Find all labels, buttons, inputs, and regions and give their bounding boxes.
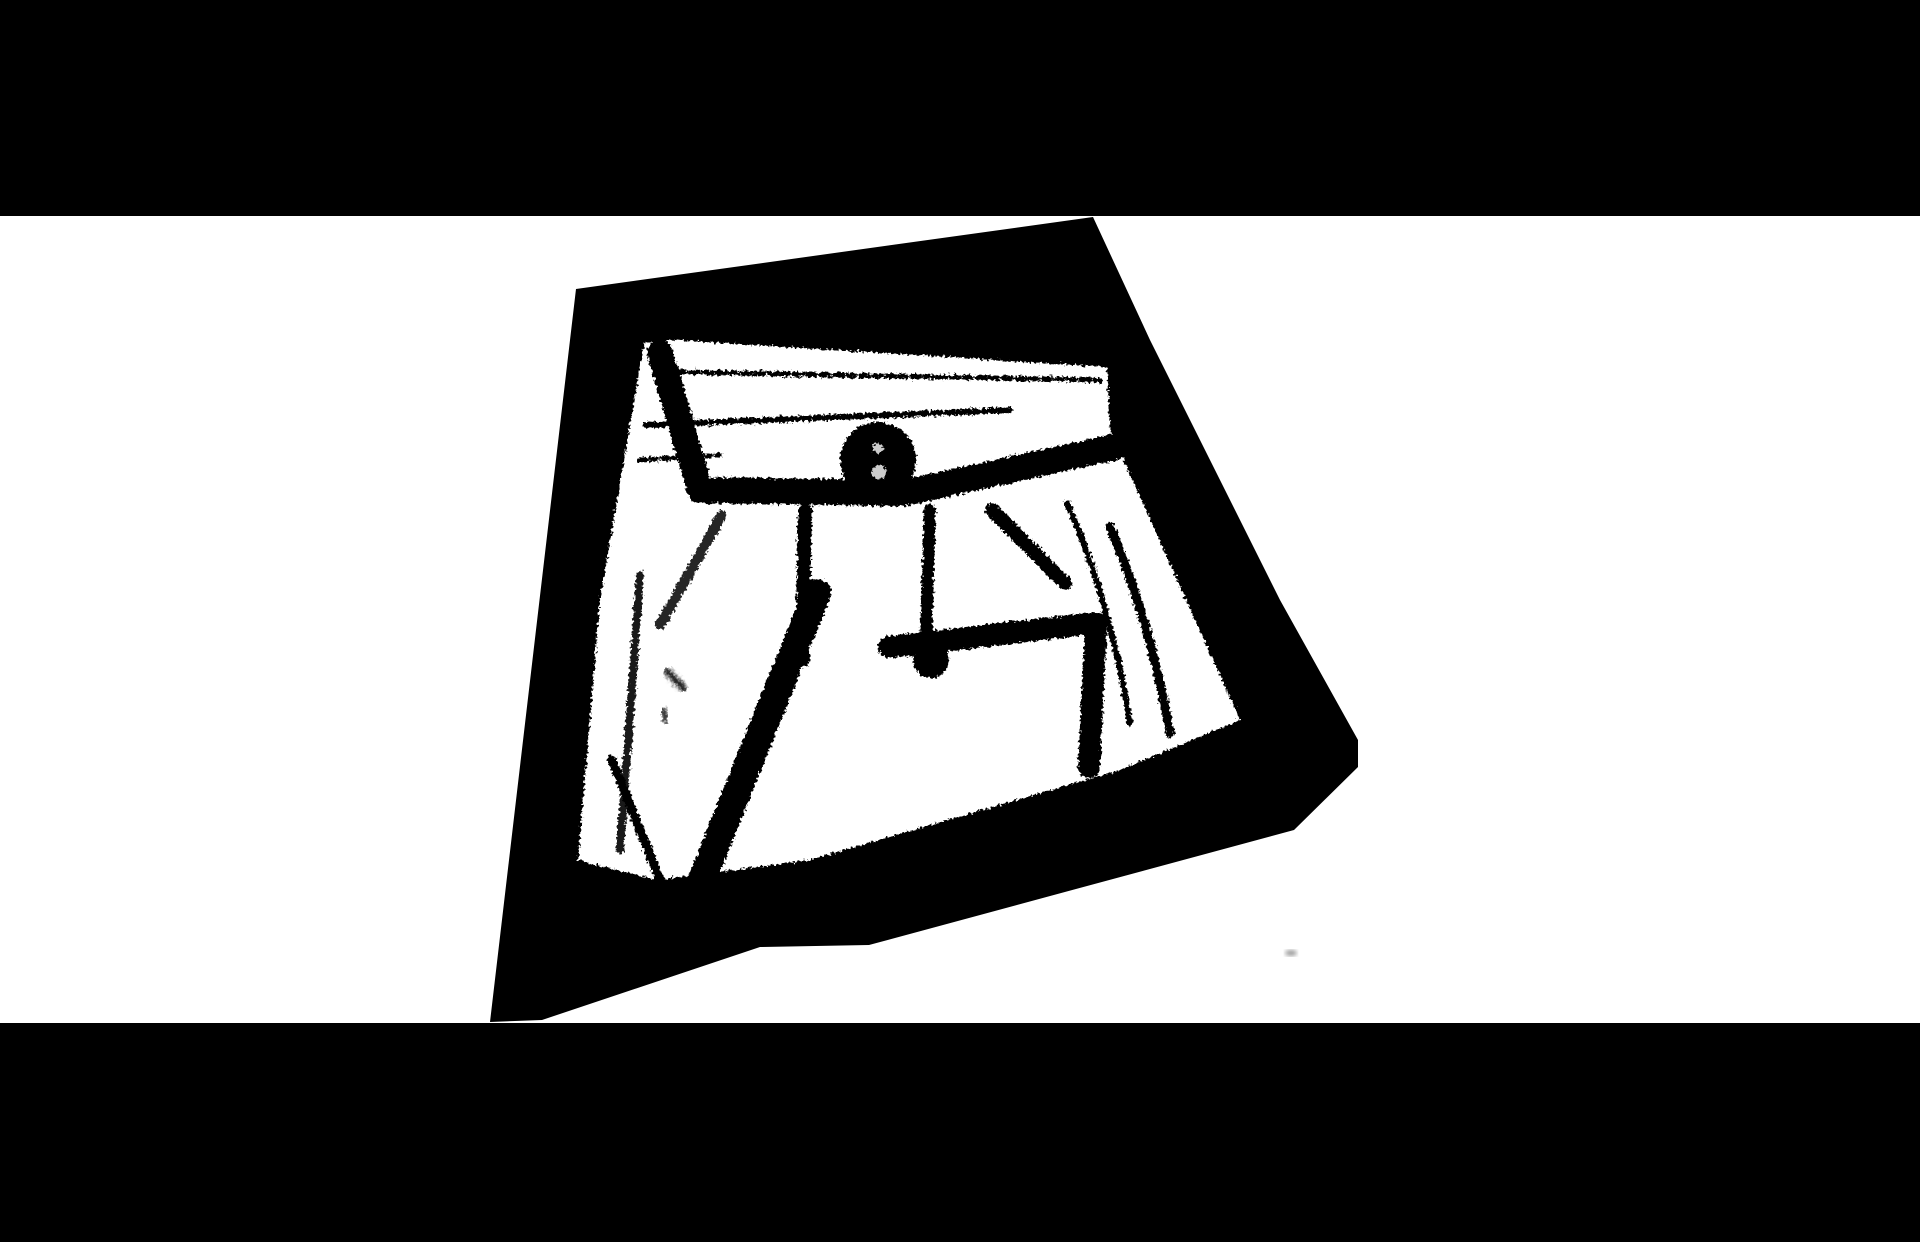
top-letterbox-bar [0,0,1920,216]
bottom-letterbox-bar [0,1023,1920,1242]
hook-inner-white [965,680,1075,760]
render-canvas [0,216,1920,1023]
floor-smudge [1285,950,1297,956]
render-viewport [0,216,1920,1023]
